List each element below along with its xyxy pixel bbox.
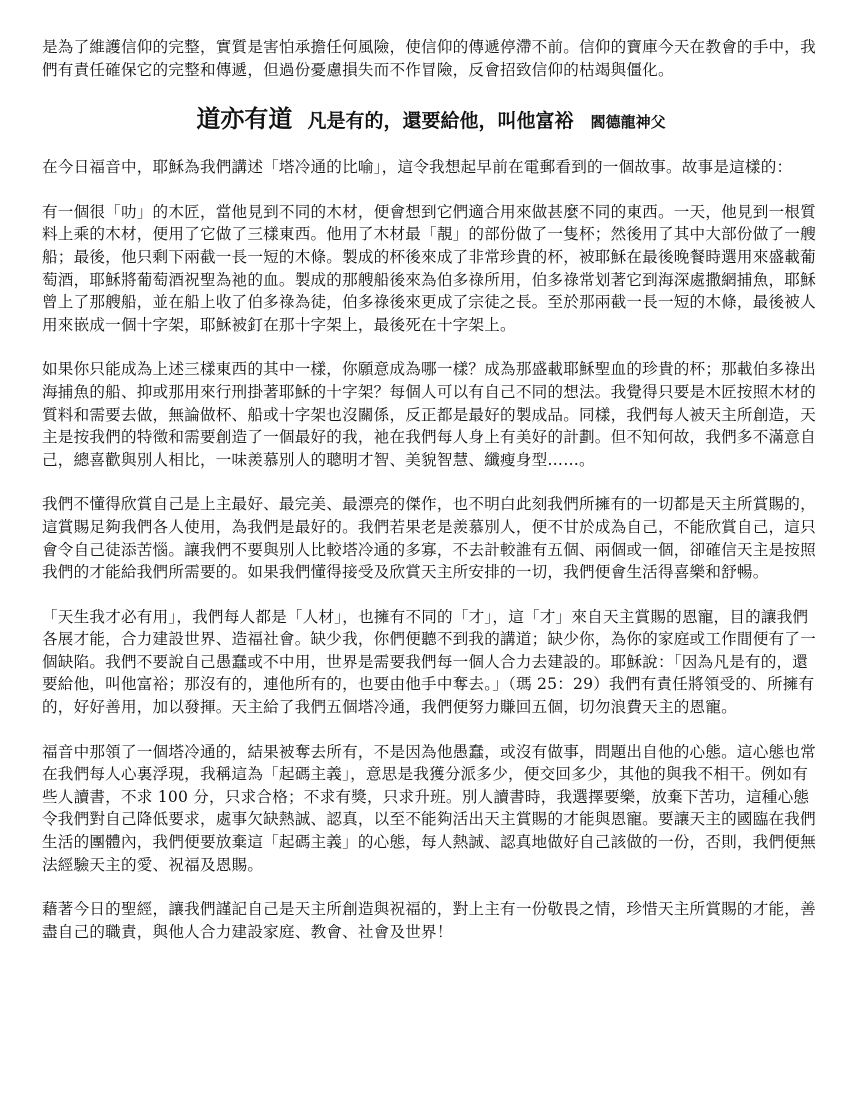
article-title: 道亦有道 [196,105,292,133]
paragraph-spacer [42,471,820,493]
intro-paragraph: 是為了維護信仰的完整，實質是害怕承擔任何風險，使信仰的傳遞停滯不前。信仰的寶庫今… [42,36,820,81]
article-paragraph: 我們不懂得欣賞自己是上主最好、最完美、最漂亮的傑作，也不明白此刻我們所擁有的一切… [42,493,820,583]
paragraph-spacer [42,719,820,741]
article-subtitle: 凡是有的，還要給他，叫他富裕 [307,110,573,132]
article-paragraph: 有一個很「叻」的木匠，當他見到不同的木材，便會想到它們適合用來做甚麼不同的東西。… [42,201,820,337]
article-paragraph: 如果你只能成為上述三樣東西的其中一樣，你願意成為哪一樣？成為那盛載耶穌聖血的珍貴… [42,358,820,471]
paragraph-spacer [42,336,820,358]
paragraph-spacer [42,179,820,201]
article-paragraph: 福音中那領了一個塔冷通的，結果被奪去所有，不是因為他愚蠢，或沒有做事，問題出自他… [42,741,820,877]
article-paragraph: 在今日福音中，耶穌為我們講述「塔冷通的比喻」，這令我想起早前在電郵看到的一個故事… [42,156,820,179]
document-page: 是為了維護信仰的完整，實質是害怕承擔任何風險，使信仰的傳遞停滯不前。信仰的寶庫今… [42,36,820,943]
paragraph-spacer [42,876,820,898]
article-paragraph: 「天生我才必有用」，我們每人都是「人材」，也擁有不同的「才」，這「才」來自天主賞… [42,606,820,719]
article-author: 閻德龍神父 [591,113,666,131]
article-heading: 道亦有道 凡是有的，還要給他，叫他富裕 閻德龍神父 [42,99,820,134]
closing-paragraph: 藉著今日的聖經，讓我們謹記自己是天主所創造與祝福的，對上主有一份敬畏之情，珍惜天… [42,898,820,943]
paragraph-spacer [42,584,820,606]
